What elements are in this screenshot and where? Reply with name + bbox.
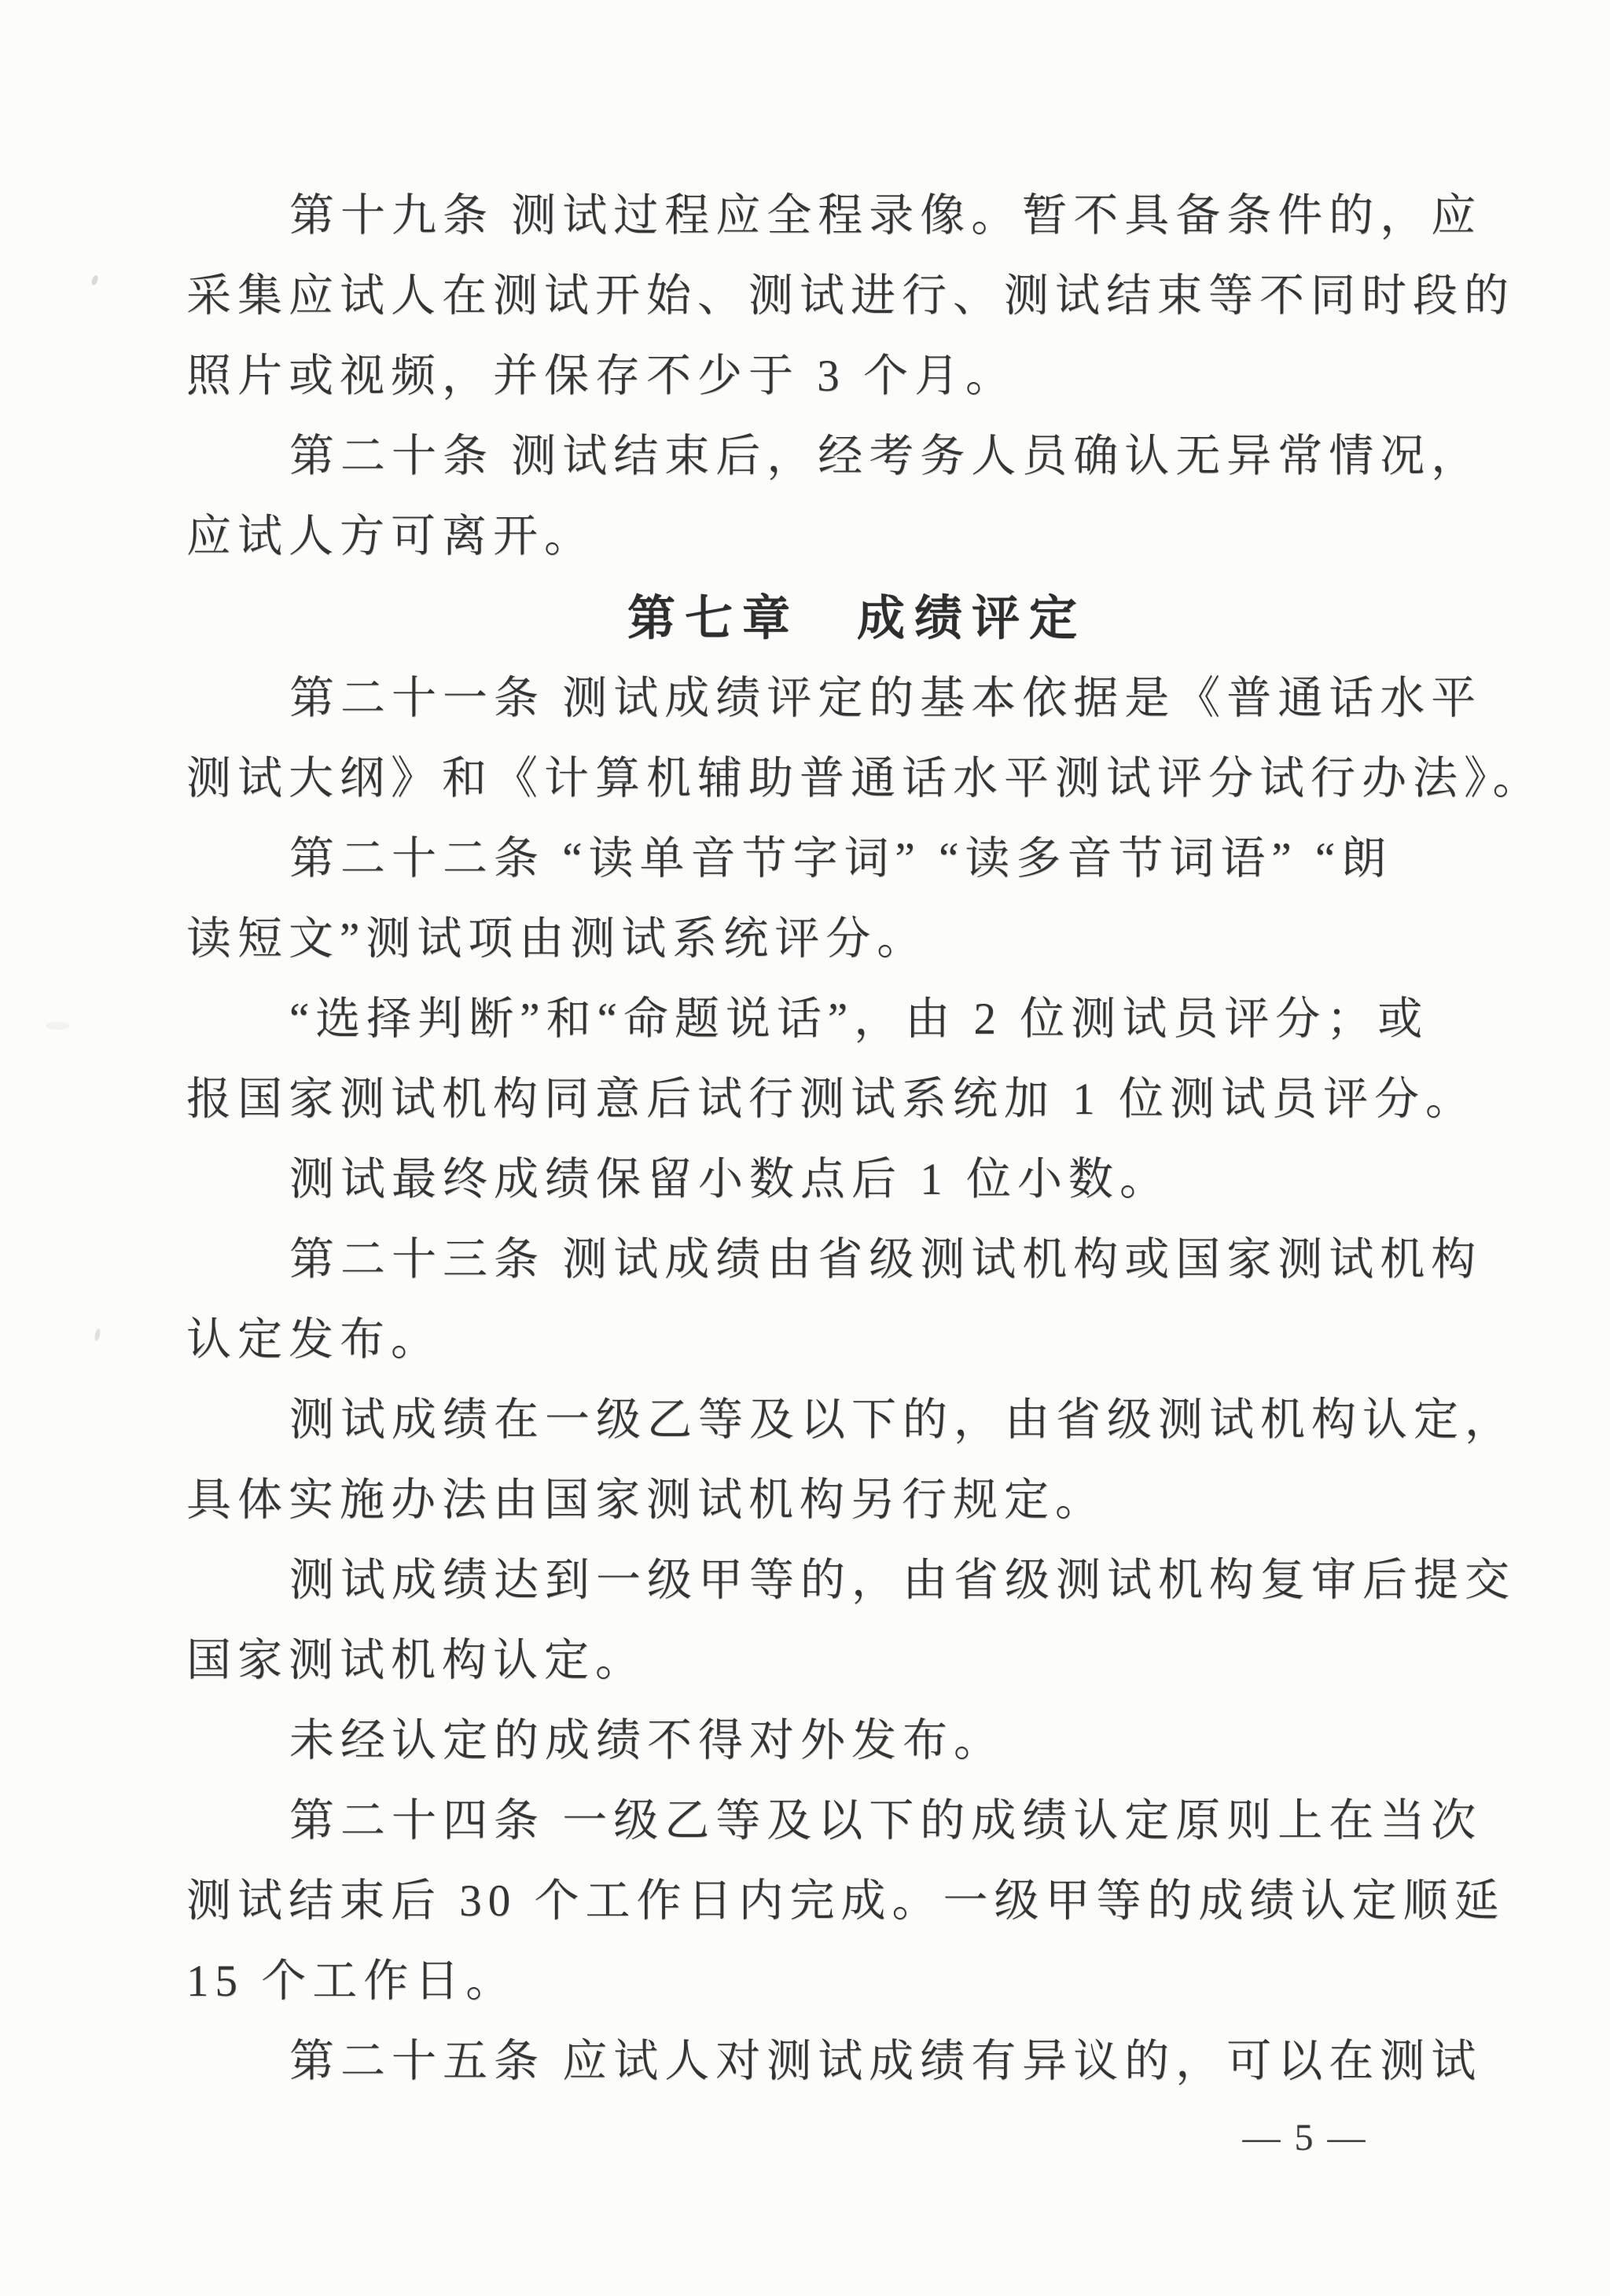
body-line: 测试成绩达到一级甲等的，由省级测试机构复审后提交	[186, 1541, 1527, 1621]
body-line: 第二十五条 应试人对测试成绩有异议的，可以在测试	[186, 2022, 1527, 2102]
body-line: “选择判断”和“命题说话”，由 2 位测试员评分；或	[186, 979, 1527, 1060]
chapter-heading: 第七章 成绩评定	[186, 577, 1527, 659]
body-line: 报国家测试机构同意后试行测试系统加 1 位测试员评分。	[186, 1060, 1527, 1140]
body-line: 第二十二条 “读单音节字词” “读多音节词语” “朗	[186, 819, 1527, 899]
body-line: 测试大纲》和《计算机辅助普通话水平测试评分试行办法》。	[186, 739, 1527, 819]
body-line: 采集应试人在测试开始、测试进行、测试结束等不同时段的	[186, 256, 1527, 336]
body-line: 认定发布。	[186, 1300, 1527, 1380]
body-line: 第二十一条 测试成绩评定的基本依据是《普通话水平	[186, 659, 1527, 739]
body-line: 照片或视频，并保存不少于 3 个月。	[186, 336, 1527, 417]
body-line: 国家测试机构认定。	[186, 1621, 1527, 1701]
scan-artifact-speck	[94, 1328, 101, 1342]
scan-artifact-smudge	[46, 1022, 69, 1030]
body-line: 读短文”测试项由测试系统评分。	[186, 899, 1527, 979]
page-number: — 5 —	[1230, 2116, 1380, 2159]
body-line: 第二十三条 测试成绩由省级测试机构或国家测试机构	[186, 1220, 1527, 1300]
scan-artifact-speck	[90, 274, 99, 286]
body-line: 第二十条 测试结束后，经考务人员确认无异常情况，	[186, 417, 1527, 497]
body-line: 应试人方可离开。	[186, 497, 1527, 577]
body-line: 测试结束后 30 个工作日内完成。一级甲等的成绩认定顺延	[186, 1861, 1527, 1941]
body-line: 未经认定的成绩不得对外发布。	[186, 1701, 1527, 1781]
body-line: 具体实施办法由国家测试机构另行规定。	[186, 1460, 1527, 1541]
body-line: 15 个工作日。	[186, 1941, 1527, 2022]
body-line: 第十九条 测试过程应全程录像。暂不具备条件的，应	[186, 176, 1527, 256]
document-body: 第十九条 测试过程应全程录像。暂不具备条件的，应 采集应试人在测试开始、测试进行…	[186, 176, 1527, 2102]
scanned-document-page: 第十九条 测试过程应全程录像。暂不具备条件的，应 采集应试人在测试开始、测试进行…	[0, 0, 1610, 2296]
body-line: 测试成绩在一级乙等及以下的，由省级测试机构认定，	[186, 1380, 1527, 1460]
body-line: 第二十四条 一级乙等及以下的成绩认定原则上在当次	[186, 1781, 1527, 1861]
body-line: 测试最终成绩保留小数点后 1 位小数。	[186, 1140, 1527, 1220]
